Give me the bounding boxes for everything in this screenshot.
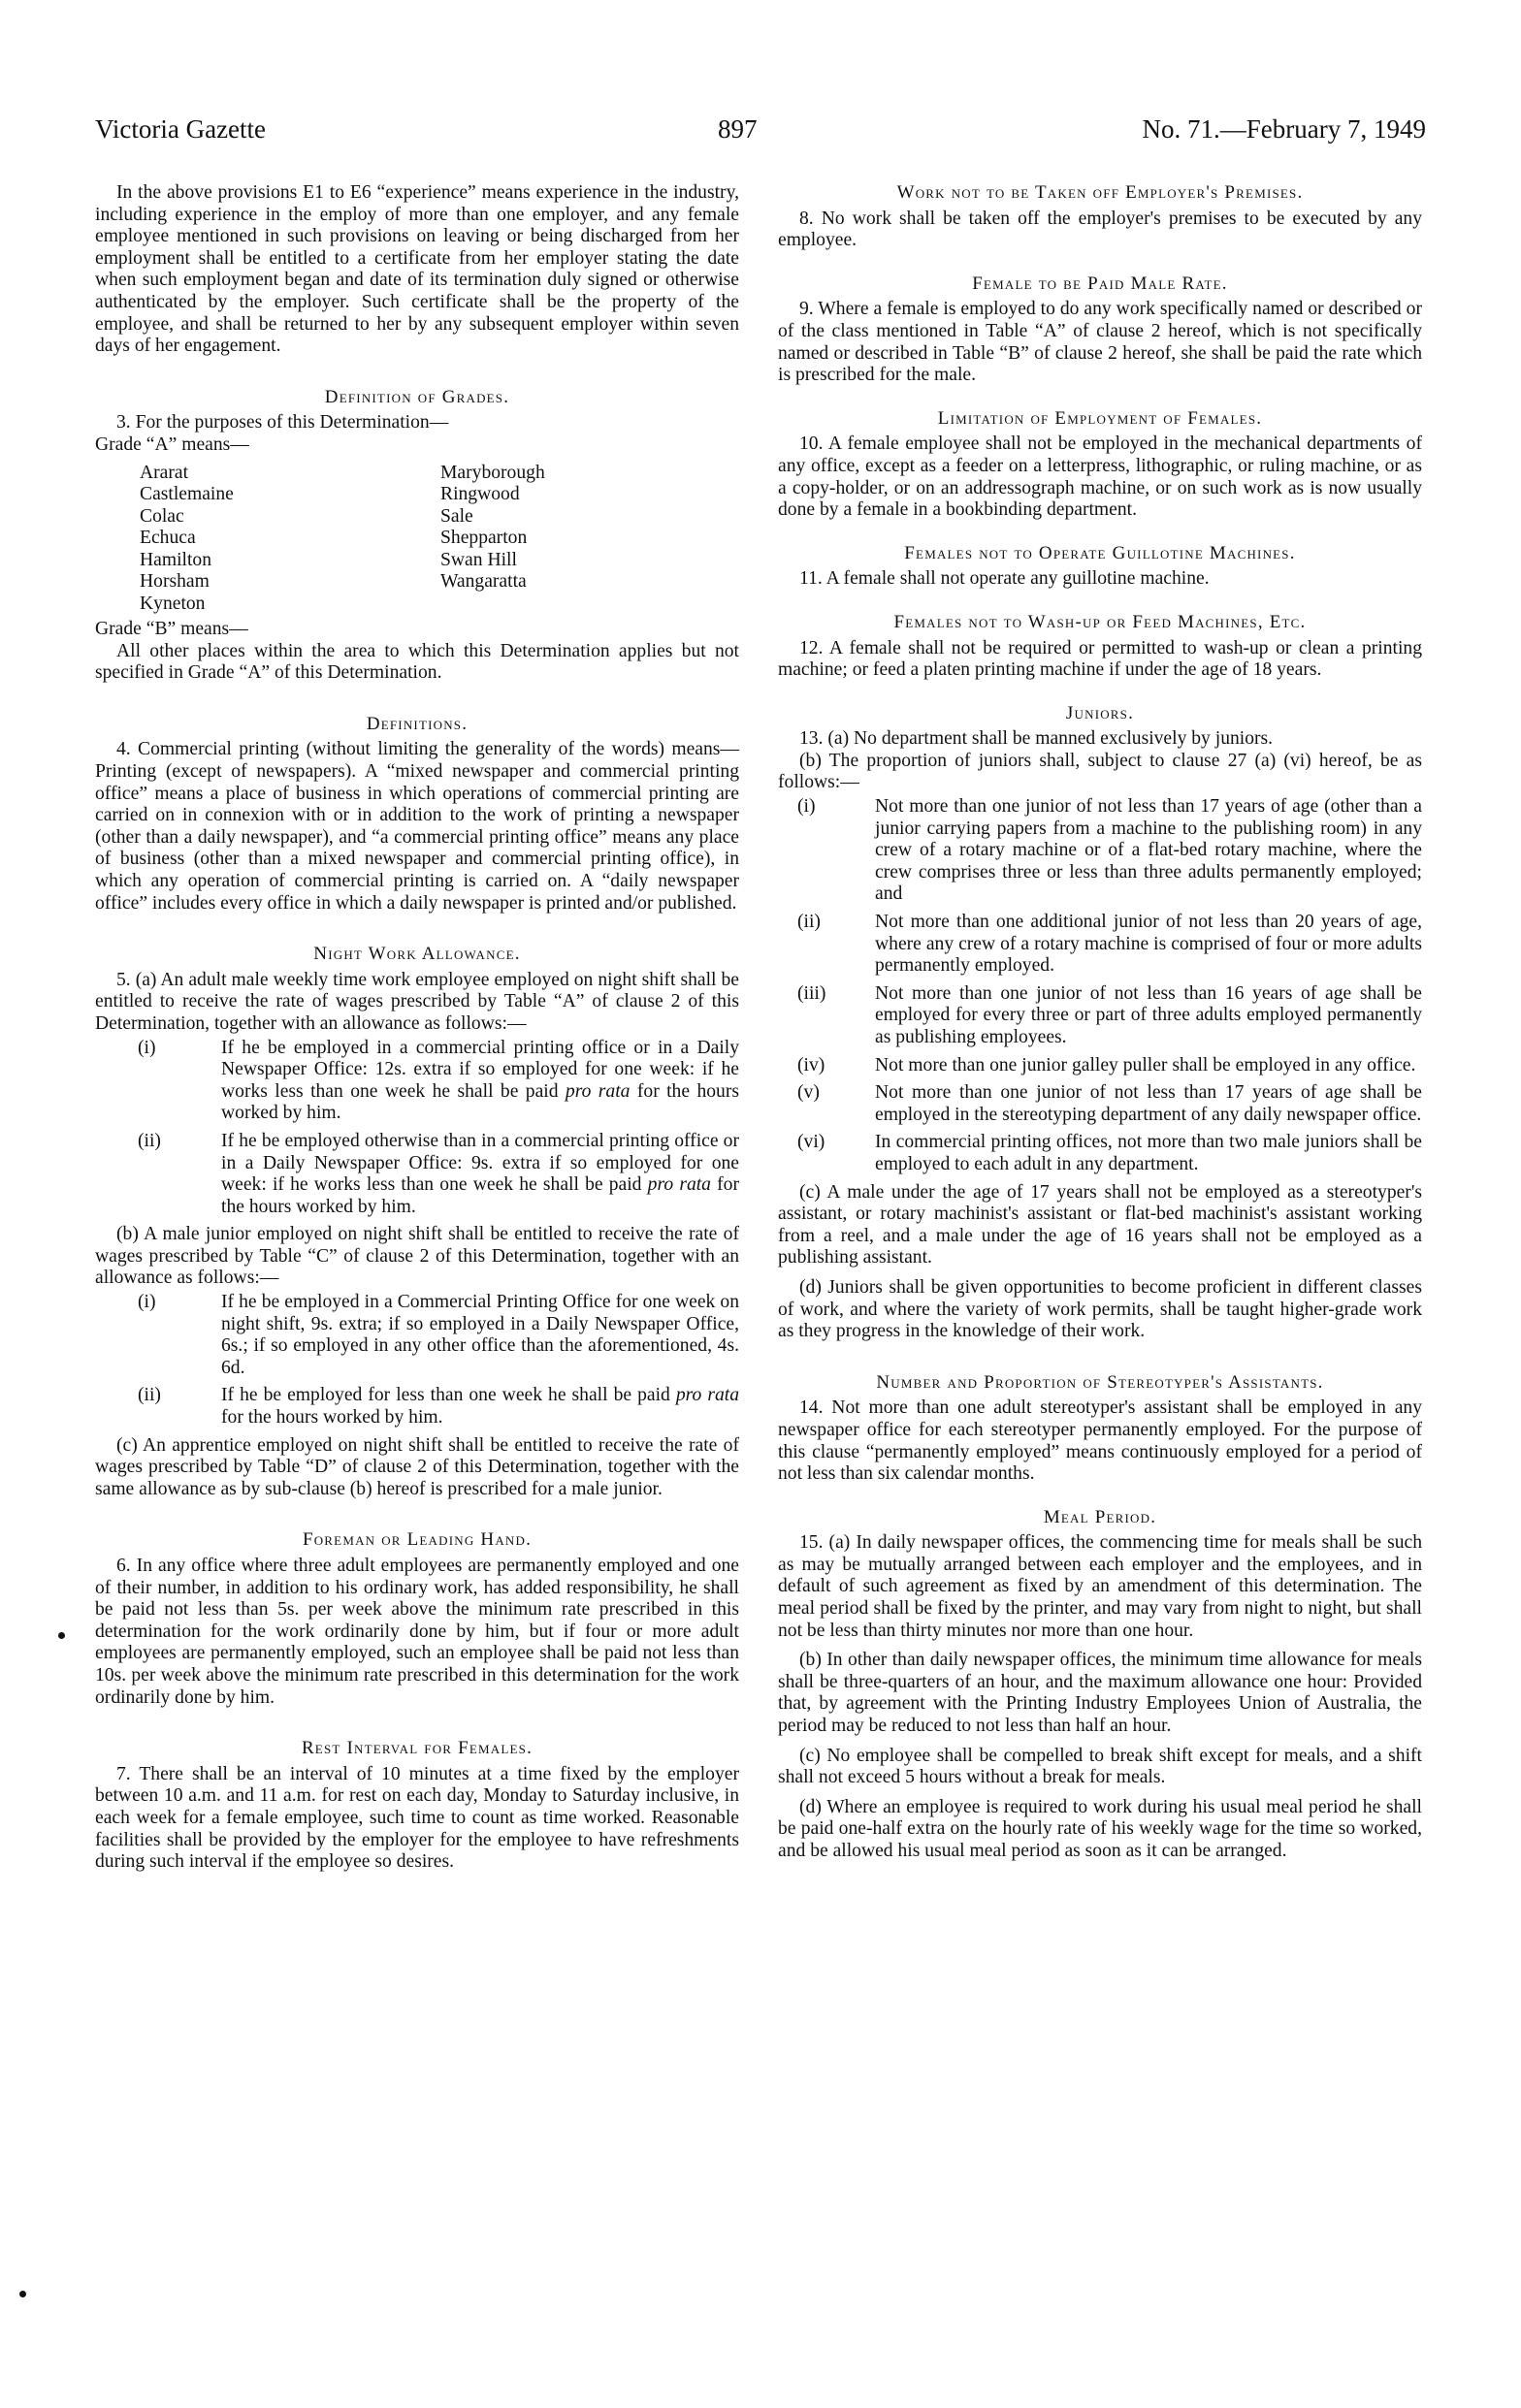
section-heading-definitions: Definitions. xyxy=(95,714,739,736)
sub-clause-item: (i)Not more than one junior of not less … xyxy=(778,796,1422,906)
latin-phrase: pro rata xyxy=(648,1174,711,1195)
clause-5a-items: (i)If he be employed in a commercial pri… xyxy=(95,1038,739,1219)
clause-13a: 13. (a) No department shall be manned ex… xyxy=(778,728,1422,751)
clause-13d: (d) Juniors shall be given opportunities… xyxy=(778,1277,1422,1343)
clause-15d: (d) Where an employee is required to wor… xyxy=(778,1797,1422,1863)
grade-b-label: Grade “B” means— xyxy=(95,619,739,641)
clause-15b: (b) In other than daily newspaper office… xyxy=(778,1650,1422,1737)
sub-clause-number: (ii) xyxy=(138,1131,217,1153)
clause-12: 12. A female shall not be required or pe… xyxy=(778,638,1422,682)
section-heading-meal-period: Meal Period. xyxy=(778,1507,1422,1529)
section-heading-stereotyper: Number and Proportion of Stereotyper's A… xyxy=(778,1372,1422,1395)
clause-15c: (c) No employee shall be compelled to br… xyxy=(778,1746,1422,1789)
publication-title: Victoria Gazette xyxy=(95,114,266,144)
clause-13b: (b) The proportion of juniors shall, sub… xyxy=(778,751,1422,794)
clause-9: 9. Where a female is employed to do any … xyxy=(778,299,1422,386)
town-name: Swan Hill xyxy=(440,550,741,572)
clause-5c: (c) An apprentice employed on night shif… xyxy=(95,1435,739,1501)
section-heading-rest-interval: Rest Interval for Females. xyxy=(95,1738,739,1760)
left-column: In the above provisions E1 to E6 “experi… xyxy=(95,182,739,1874)
clause-3: 3. For the purposes of this Determinatio… xyxy=(95,412,739,434)
town-name: Ringwood xyxy=(440,484,741,506)
town-name: Ararat xyxy=(140,463,440,485)
town-name: Kyneton xyxy=(140,594,440,616)
right-column: Work not to be Taken off Employer's Prem… xyxy=(778,182,1422,1863)
town-name: Shepparton xyxy=(440,528,741,550)
sub-clause-item: (iii)Not more than one junior of not les… xyxy=(778,983,1422,1049)
town-list-column-1: AraratCastlemaineColacEchucaHamiltonHors… xyxy=(140,463,440,616)
sub-clause-number: (ii) xyxy=(797,912,875,934)
sub-clause-number: (i) xyxy=(138,1038,217,1060)
town-name: Echuca xyxy=(140,528,440,550)
latin-phrase: pro rata xyxy=(676,1385,739,1405)
town-name: Horsham xyxy=(140,571,440,594)
section-heading-grades: Definition of Grades. xyxy=(95,387,739,409)
section-heading-wash-up: Females not to Wash-up or Feed Machines,… xyxy=(778,612,1422,634)
sub-clause-number: (ii) xyxy=(138,1385,217,1407)
town-name: Castlemaine xyxy=(140,484,440,506)
clause-5b-items: (i)If he be employed in a Commercial Pri… xyxy=(95,1292,739,1429)
sub-clause-item: (i)If he be employed in a Commercial Pri… xyxy=(95,1292,739,1379)
town-list-column-2: MaryboroughRingwoodSaleSheppartonSwan Hi… xyxy=(440,463,741,616)
clause-13c: (c) A male under the age of 17 years sha… xyxy=(778,1182,1422,1269)
section-heading-female-male-rate: Female to be Paid Male Rate. xyxy=(778,273,1422,296)
section-heading-juniors: Juniors. xyxy=(778,703,1422,725)
sub-clause-item: (ii)If he be employed for less than one … xyxy=(95,1385,739,1429)
town-name: Sale xyxy=(440,506,741,529)
margin-ink-mark xyxy=(58,1632,65,1639)
margin-ink-mark xyxy=(19,2291,26,2297)
sub-clause-number: (v) xyxy=(797,1082,875,1105)
clause-14: 14. Not more than one adult stereotyper'… xyxy=(778,1397,1422,1485)
section-heading-limitation: Limitation of Employment of Females. xyxy=(778,408,1422,431)
clause-10: 10. A female employee shall not be emplo… xyxy=(778,433,1422,521)
sub-clause-item: (iv)Not more than one junior galley pull… xyxy=(778,1055,1422,1077)
clause-15a: 15. (a) In daily newspaper offices, the … xyxy=(778,1532,1422,1642)
clause-7: 7. There shall be an interval of 10 minu… xyxy=(95,1764,739,1874)
sub-clause-number: (iii) xyxy=(797,983,875,1006)
sub-clause-item: (ii)If he be employed otherwise than in … xyxy=(95,1131,739,1218)
clause-5a: 5. (a) An adult male weekly time work em… xyxy=(95,970,739,1036)
town-name: Hamilton xyxy=(140,550,440,572)
clause-6: 6. In any office where three adult emplo… xyxy=(95,1556,739,1709)
page-number: 897 xyxy=(718,114,758,144)
town-name: Wangaratta xyxy=(440,571,741,594)
section-heading-foreman: Foreman or Leading Hand. xyxy=(95,1529,739,1552)
section-heading-guillotine: Females not to Operate Guillotine Machin… xyxy=(778,543,1422,565)
clause-5b: (b) A male junior employed on night shif… xyxy=(95,1224,739,1290)
sub-clause-number: (i) xyxy=(138,1292,217,1314)
grade-a-town-list: AraratCastlemaineColacEchucaHamiltonHors… xyxy=(95,463,739,616)
clause-13b-items: (i)Not more than one junior of not less … xyxy=(778,796,1422,1176)
sub-clause-item: (ii)Not more than one additional junior … xyxy=(778,912,1422,978)
sub-clause-number: (vi) xyxy=(797,1132,875,1154)
section-heading-night-work: Night Work Allowance. xyxy=(95,944,739,966)
sub-clause-number: (iv) xyxy=(797,1055,875,1077)
town-name: Maryborough xyxy=(440,463,741,485)
experience-paragraph: In the above provisions E1 to E6 “experi… xyxy=(95,182,739,358)
issue-date: No. 71.—February 7, 1949 xyxy=(1143,114,1426,144)
sub-clause-number: (i) xyxy=(797,796,875,819)
clause-8: 8. No work shall be taken off the employ… xyxy=(778,209,1422,252)
town-name: Colac xyxy=(140,506,440,529)
sub-clause-item: (i)If he be employed in a commercial pri… xyxy=(95,1038,739,1125)
clause-4: 4. Commercial printing (without limiting… xyxy=(95,739,739,915)
section-heading-work-off-premises: Work not to be Taken off Employer's Prem… xyxy=(778,182,1422,205)
grade-a-label: Grade “A” means— xyxy=(95,434,739,457)
sub-clause-item: (vi)In commercial printing offices, not … xyxy=(778,1132,1422,1175)
latin-phrase: pro rata xyxy=(566,1081,631,1102)
grade-b-text: All other places within the area to whic… xyxy=(95,641,739,685)
sub-clause-item: (v)Not more than one junior of not less … xyxy=(778,1082,1422,1126)
page-header: Victoria Gazette 897 No. 71.—February 7,… xyxy=(95,114,1426,153)
clause-11: 11. A female shall not operate any guill… xyxy=(778,568,1422,591)
